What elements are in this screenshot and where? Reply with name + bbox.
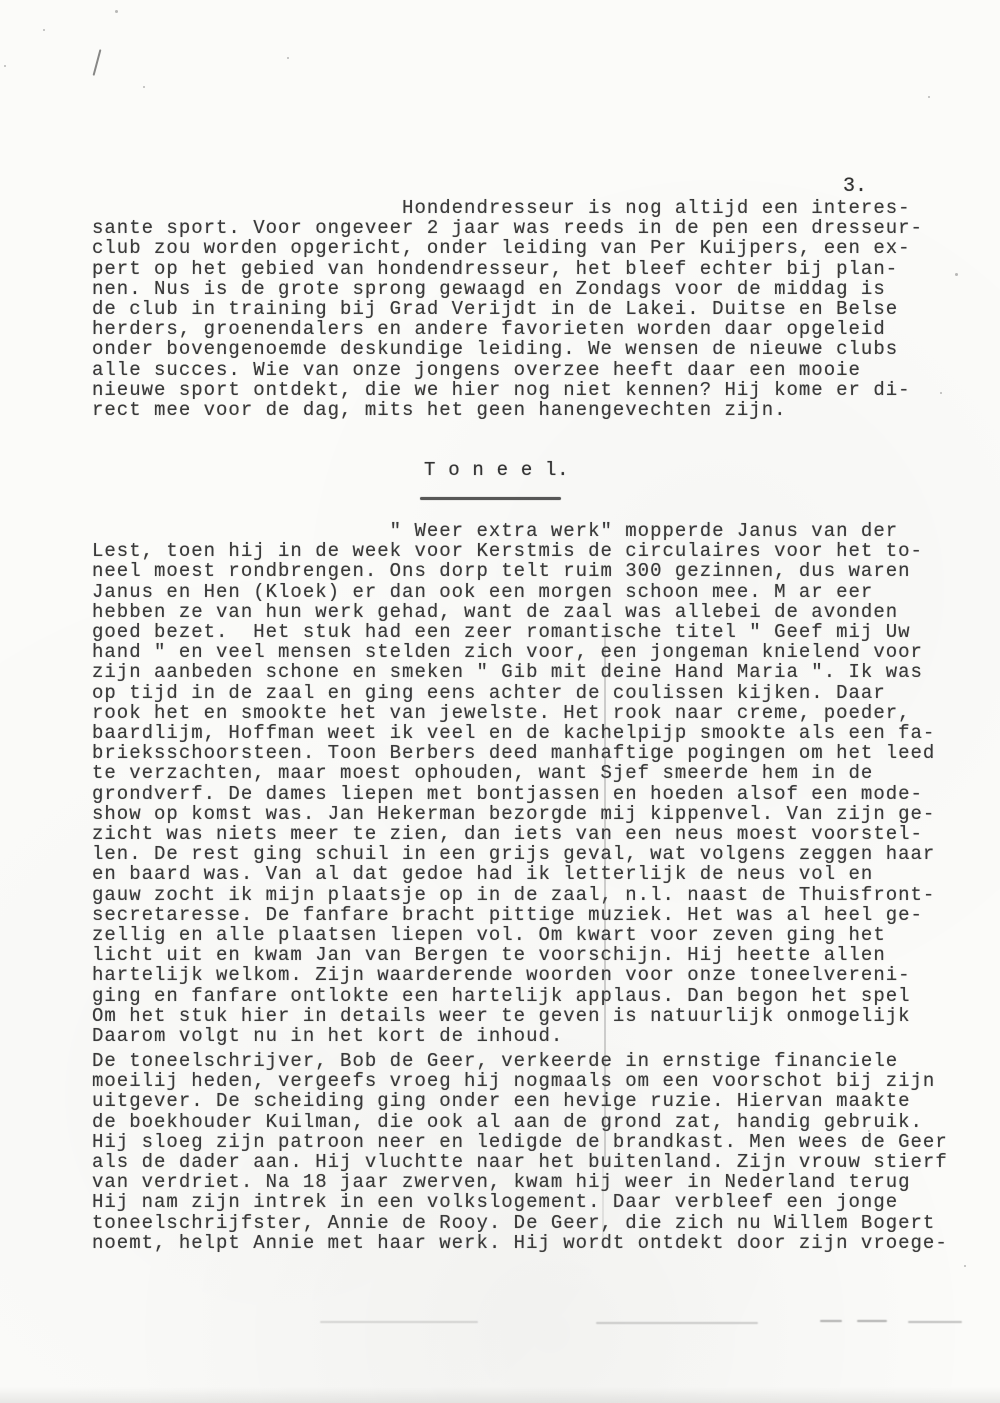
heading-underline (420, 497, 561, 500)
scan-dash-artifact (320, 1321, 478, 1323)
scan-dash-artifact (857, 1320, 887, 1322)
scan-fold-line (602, 1160, 604, 1245)
scan-speck (940, 392, 942, 394)
pen-slash-mark (93, 49, 102, 76)
scan-fold-line (604, 635, 606, 1160)
scan-speck (115, 10, 118, 13)
scan-speck (964, 1265, 966, 1267)
intro-paragraph: Hondendresseur is nog altijd een interes… (92, 198, 923, 420)
scanned-document-page: 3. Hondendresseur is nog altijd een inte… (0, 0, 1000, 1403)
scan-speck (928, 96, 930, 98)
scan-speck (4, 65, 6, 67)
play-summary-paragraph: De toneelschrijver, Bob de Geer, verkeer… (92, 1051, 948, 1253)
scan-speck (287, 57, 289, 59)
section-heading-toneel: T o n e e l. (424, 459, 569, 481)
scan-speck (955, 273, 958, 276)
scan-dash-artifact (820, 1320, 842, 1322)
scan-dash-artifact (596, 1322, 758, 1324)
scan-speck (143, 86, 145, 88)
toneel-report-paragraph: " Weer extra werk" mopperde Janus van de… (92, 521, 935, 1046)
scan-dash-artifact (908, 1321, 962, 1323)
scan-speck (43, 29, 45, 31)
page-number: 3. (843, 175, 867, 198)
scan-edge-shadow (0, 1387, 1000, 1403)
